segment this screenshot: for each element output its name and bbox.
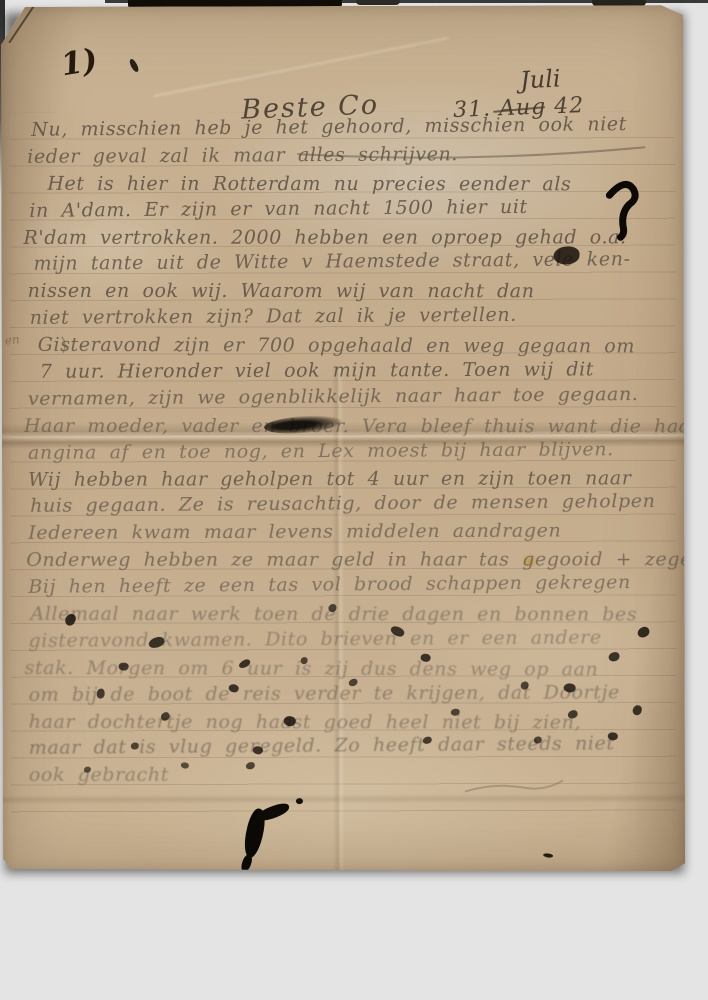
handwriting-line: huis gegaan. Ze is reusachtig, door de m… bbox=[30, 490, 676, 522]
handwriting-line: ieder geval zal ik maar alles schrijven. bbox=[27, 142, 675, 173]
ink-blot bbox=[296, 798, 303, 804]
handwriting-line: niet vertrokken zijn? Dat zal ik je vert… bbox=[30, 303, 676, 334]
page-number: 1) bbox=[58, 42, 100, 83]
letter-body: Nu, misschien heb je het gehoord, missch… bbox=[27, 117, 677, 791]
handwriting-line: Iedereen kwam maar levens middelen aandr… bbox=[28, 519, 676, 549]
ink-fleck bbox=[534, 736, 542, 743]
handwriting-line: in A'dam. Er zijn er van nacht 1500 hier… bbox=[29, 194, 675, 226]
scanner-edge-blob bbox=[356, 0, 400, 5]
handwriting-line: vernamen, zijn we ogenblikkelijk naar ha… bbox=[28, 383, 676, 415]
ink-fleck bbox=[301, 657, 308, 664]
handwriting-line: gisteravond kwamen. Dito brieven en er e… bbox=[28, 626, 676, 657]
ink-fleck bbox=[328, 604, 336, 612]
margin-note: en bbox=[4, 332, 20, 348]
ink-fleck bbox=[521, 682, 529, 690]
handwriting-line: maar dat is vlug geregeld. Zo heeft daar… bbox=[29, 732, 677, 764]
ink-fleck bbox=[131, 743, 139, 750]
date-month-correction: Juli bbox=[519, 64, 561, 94]
ink-fleck bbox=[97, 689, 105, 699]
handwriting-line: Nu, misschien heb je het gehoord, missch… bbox=[31, 113, 675, 146]
ink-fleck bbox=[84, 767, 91, 773]
scanner-edge-blob bbox=[592, 0, 646, 6]
scan-background: 1) Juli 31. Aug 42 Beste Co en Nu, missc… bbox=[0, 0, 708, 1000]
handwriting-line: ook gebracht bbox=[29, 764, 677, 791]
handwriting-line: Bij hen heeft ze een tas vol brood schap… bbox=[28, 571, 676, 603]
ink-fleck bbox=[451, 709, 460, 716]
handwriting-line: angina af en toe nog, en Lex moest bij h… bbox=[28, 438, 676, 469]
ink-fleck bbox=[553, 246, 579, 264]
letter-page: 1) Juli 31. Aug 42 Beste Co en Nu, missc… bbox=[1, 5, 685, 873]
